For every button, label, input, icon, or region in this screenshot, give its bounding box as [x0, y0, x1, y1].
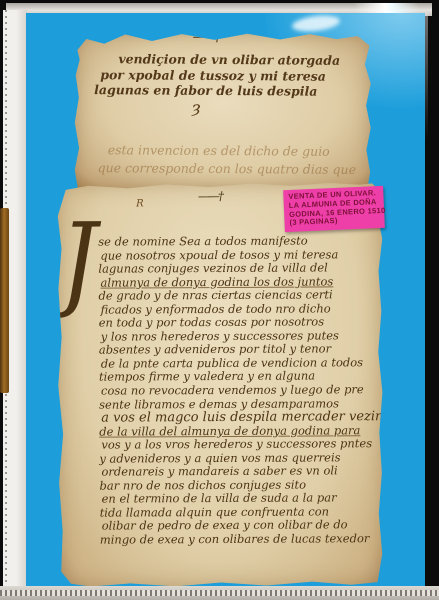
faded-manuscript-line: que corresponde con los quatro dias que — [98, 159, 357, 179]
main-manuscript-page: R ——† J se de nomine Sea a todos manifes… — [56, 182, 384, 588]
cross-mark-icon: ——† — [198, 189, 222, 203]
manuscript-line: lagunas en fabor de luis despila — [94, 82, 340, 99]
sticky-note-line: (3 PAGINAS) — [289, 215, 384, 228]
flourish-mark: ȝ — [192, 98, 200, 117]
plastic-sleeve-bottom-edge — [0, 586, 439, 600]
manuscript-line: vendiçion de vn olibar atorgada — [118, 51, 340, 68]
archival-photo-scene: ——† vendiçion de vn olibar atorgadapor x… — [0, 0, 439, 600]
plastic-sleeve-right-edge — [425, 10, 428, 140]
manuscript-line: por xpobal de tussoz y mi teresa — [100, 67, 340, 84]
faded-manuscript-line: esta invencion es del dicho de guio — [108, 141, 357, 161]
sticky-note: VENTA DE UN OLIVAR.LA ALMUNIA DE DOÑAGOD… — [283, 186, 385, 232]
top-page-title-lines: vendiçion de vn olibar atorgadapor xpoba… — [94, 51, 340, 99]
top-page-faded-lines: esta invencion es del dicho de guioque c… — [98, 141, 357, 179]
main-page-body-text: se de nomine Sea a todos manifestoque no… — [98, 234, 392, 547]
illuminated-initial: J — [60, 215, 97, 309]
sleeve-zipper-pattern — [0, 590, 439, 596]
margin-mark: R — [136, 198, 144, 209]
binder-spine — [0, 208, 9, 393]
manuscript-line: mingo de exea y con olibares de lucas te… — [100, 532, 392, 547]
top-manuscript-page: ——† vendiçion de vn olibar atorgadapor x… — [73, 31, 372, 191]
